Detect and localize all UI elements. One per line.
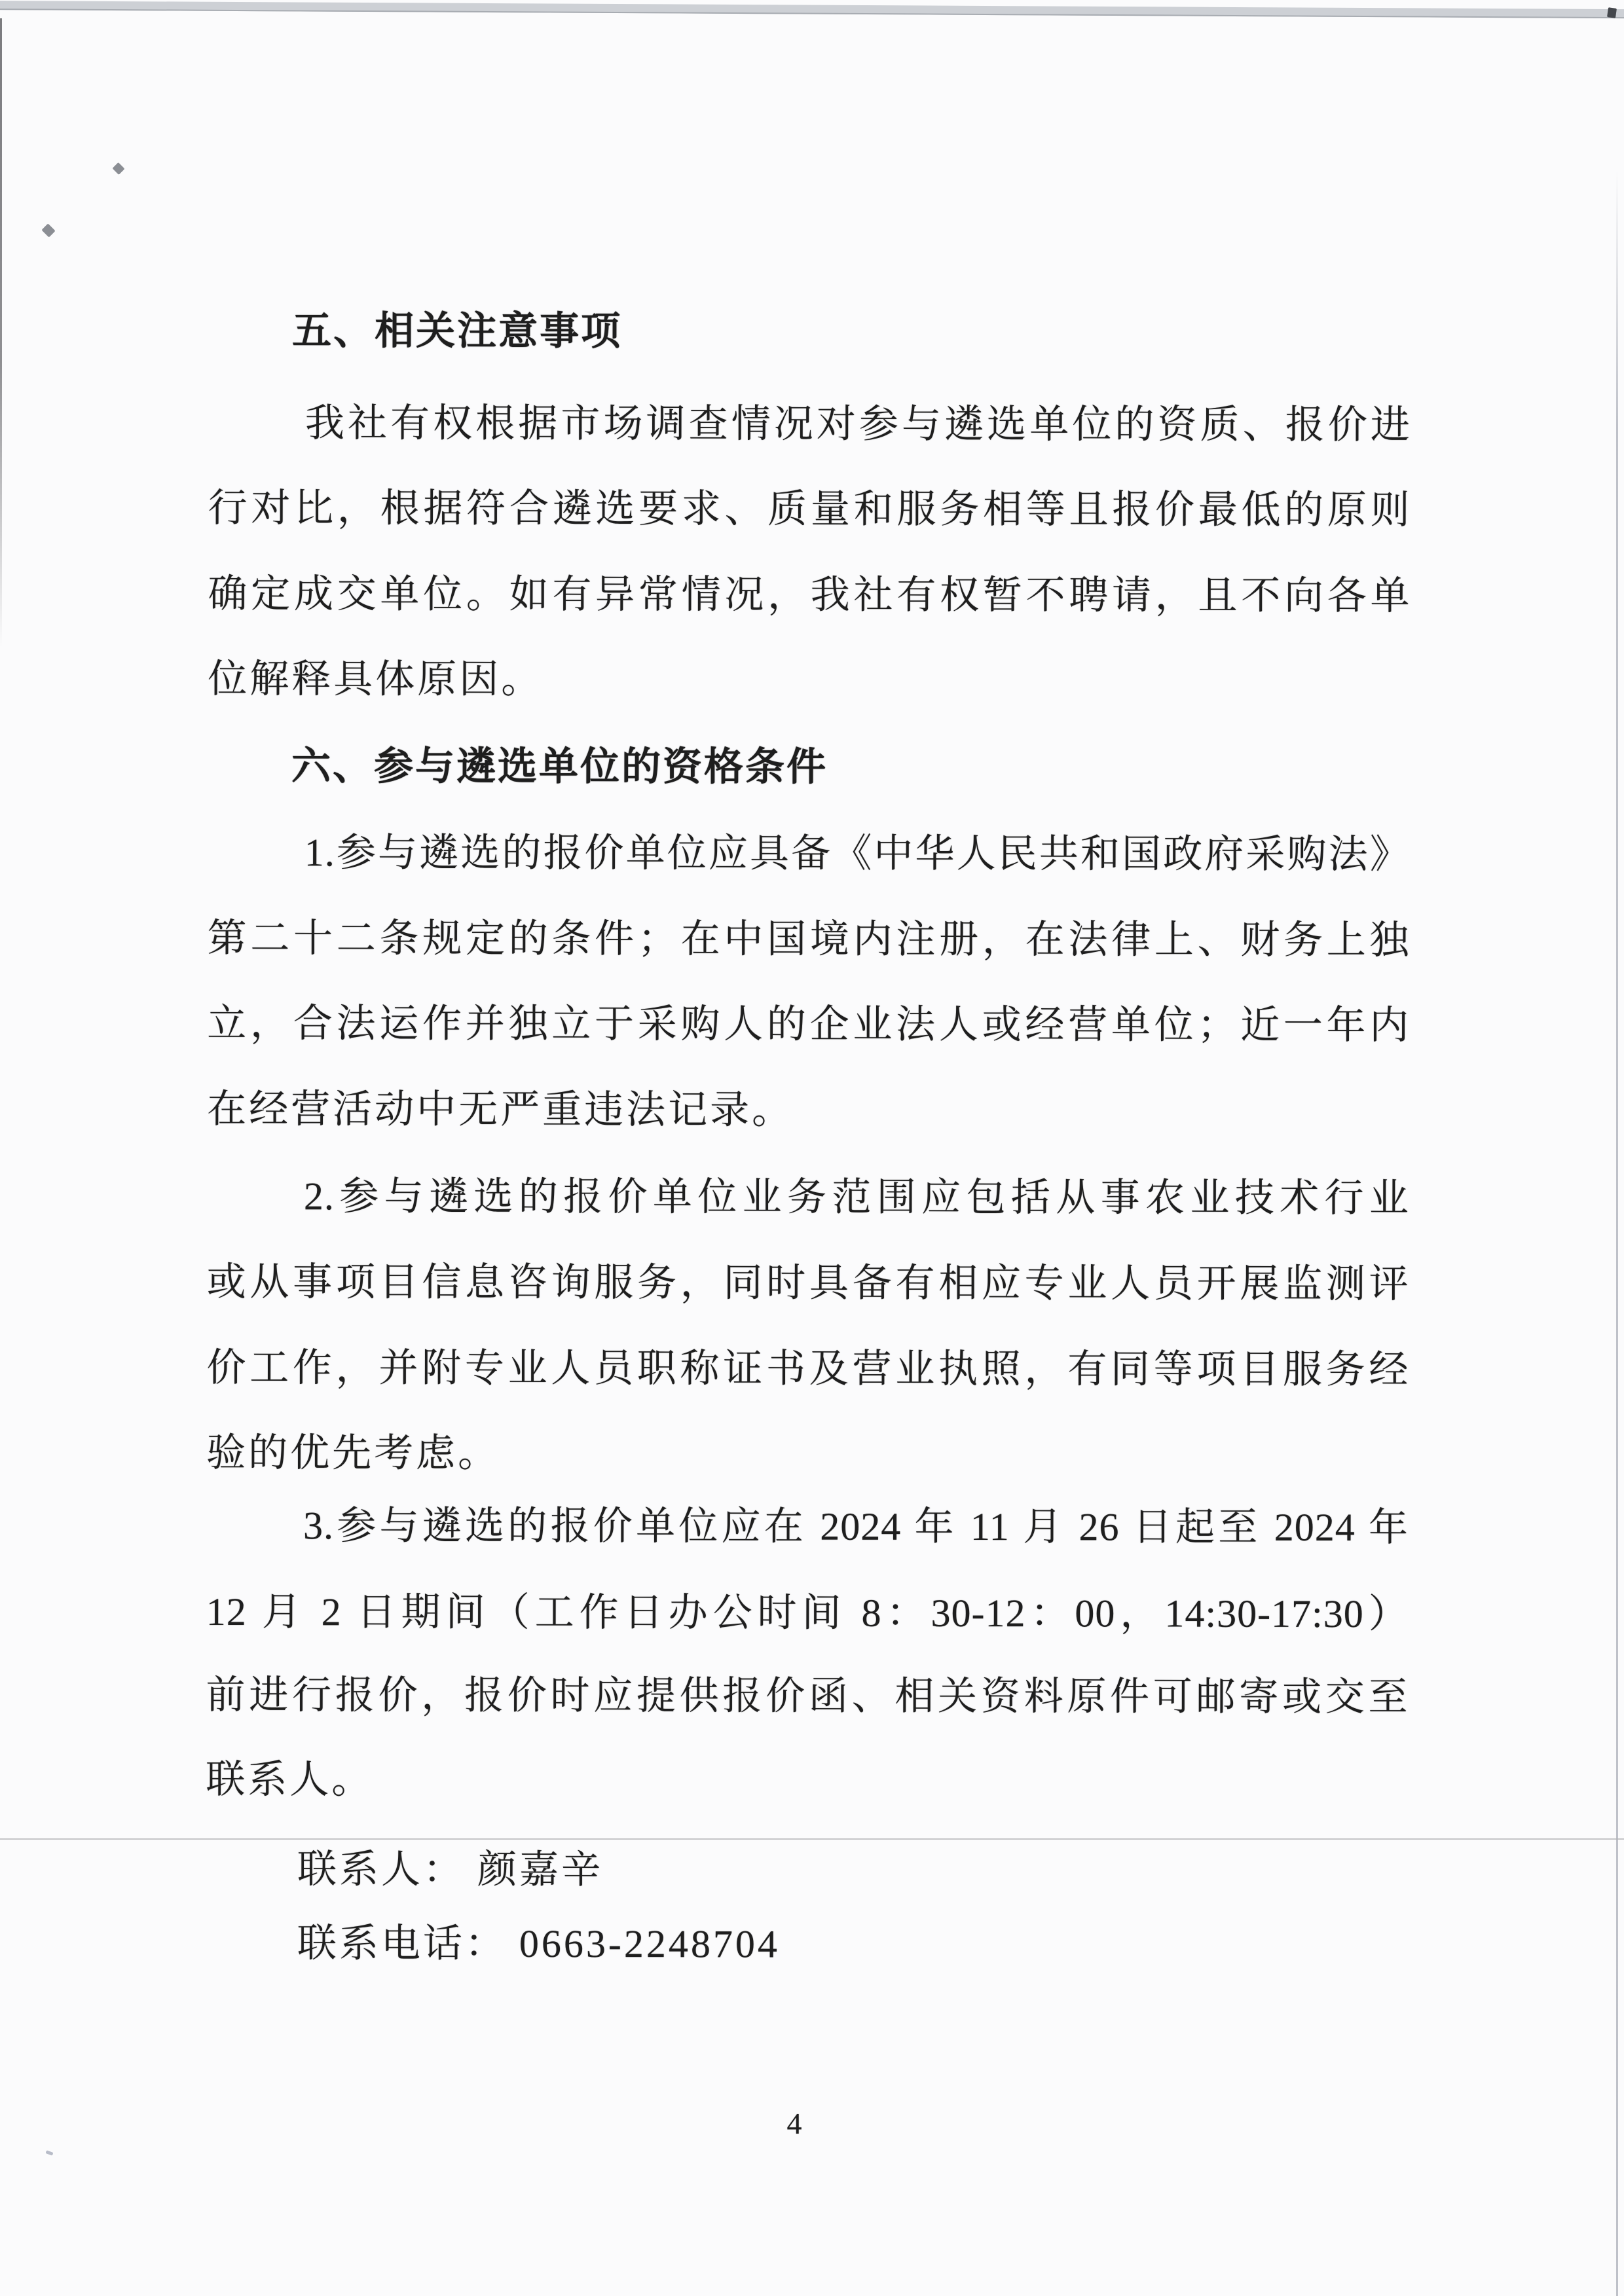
scan-left-edge-line <box>0 18 2 647</box>
scan-right-edge-line <box>1616 170 1618 2296</box>
doc-line: 前进行报价，报价时应提供报价函、相关资料原件可邮寄或交至 <box>206 1652 1408 1740</box>
doc-line: 或从事项目信息咨询服务，同时具备有相应专业人员开展监测评 <box>207 1239 1409 1327</box>
doc-line: 3.参与遴选的报价单位应在 2024 年 11 月 26 日起至 2024 年 <box>206 1483 1409 1571</box>
doc-line: 第二十二条规定的条件；在中国境内注册，在法律上、财务上独 <box>207 896 1409 983</box>
contact-phone-line: 联系电话： 0663-2248704 <box>206 1901 1408 1988</box>
doc-line: 行对比，根据符合遴选要求、质量和服务相等且报价最低的原则 <box>208 465 1411 553</box>
section-heading-5: 五、相关注意事项 <box>208 288 1411 376</box>
doc-line: 位解释具体原因。 <box>208 636 1410 724</box>
page-number: 4 <box>777 2107 812 2141</box>
scanned-document-page: 五、相关注意事项 我社有权根据市场调查情况对参与遴选单位的资质、报价进 行对比，… <box>0 0 1624 2296</box>
doc-line: 价工作，并附专业人员职称证书及营业执照，有同等项目服务经 <box>206 1325 1409 1413</box>
doc-line: 立，合法运作并独立于采购人的企业法人或经营单位；近一年内 <box>207 981 1409 1068</box>
section-heading-6: 六、参与遴选单位的资格条件 <box>208 723 1410 811</box>
dust-speck <box>112 162 124 175</box>
doc-line: 我社有权根据市场调查情况对参与遴选单位的资质、报价进 <box>208 380 1411 468</box>
dust-speck <box>45 2150 53 2155</box>
doc-line: 联系人。 <box>206 1737 1408 1825</box>
doc-line: 1.参与遴选的报价单位应具备《中华人民共和国政府采购法》 <box>208 810 1410 898</box>
doc-line: 在经营活动中无严重违法记录。 <box>207 1066 1409 1154</box>
document-text-block: 五、相关注意事项 我社有权根据市场调查情况对参与遴选单位的资质、报价进 行对比，… <box>205 0 1411 2296</box>
doc-line: 确定成交单位。如有异常情况，我社有权暂不聘请，且不向各单 <box>208 551 1410 639</box>
dust-speck <box>41 223 55 237</box>
doc-line: 2.参与遴选的报价单位业务范围应包括从事农业技术行业 <box>207 1154 1409 1241</box>
doc-line: 12 月 2 日期间（工作日办公时间 8：30-12：00，14:30-17:3… <box>206 1569 1409 1657</box>
scan-corner-mark <box>1607 7 1617 18</box>
